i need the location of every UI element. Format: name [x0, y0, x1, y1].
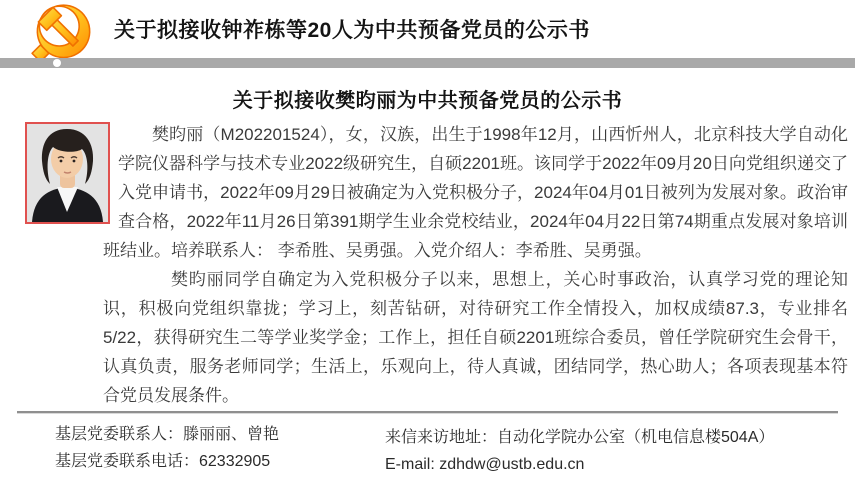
- footer-address-block: 来信来访地址：自动化学院办公室（机电信息楼504A） E-mail: zdhdw…: [385, 424, 774, 478]
- document-title: 关于拟接收樊昀丽为中共预备党员的公示书: [0, 84, 855, 113]
- footer-email: E-mail: zdhdw@ustb.edu.cn: [385, 451, 774, 478]
- paragraph-biography: 樊昀丽（M202201524），女，汉族，出生于1998年12月，山西忻州人，北…: [103, 120, 848, 265]
- header-bar: 关于拟接收钟祚栋等20人为中共预备党员的公示书: [0, 0, 855, 58]
- footer-contact-phone: 基层党委联系电话：62332905: [55, 448, 279, 475]
- applicant-photo: [25, 122, 110, 224]
- divider-dot: [53, 59, 61, 67]
- footer-address: 来信来访地址：自动化学院办公室（机电信息楼504A）: [385, 424, 774, 451]
- footer-contact-block: 基层党委联系人：滕丽丽、曾艳 基层党委联系电话：62332905: [55, 421, 279, 475]
- footer-divider-line: [17, 411, 838, 414]
- footer-contact-person: 基层党委联系人：滕丽丽、曾艳: [55, 421, 279, 448]
- paragraph-evaluation: 樊昀丽同学自确定为入党积极分子以来，思想上，关心时事政治，认真学习党的理论知识，…: [103, 265, 848, 410]
- header-title: 关于拟接收钟祚栋等20人为中共预备党员的公示书: [114, 0, 590, 58]
- document-body: 樊昀丽（M202201524），女，汉族，出生于1998年12月，山西忻州人，北…: [103, 120, 848, 410]
- header-divider-bar: [0, 58, 855, 68]
- party-emblem-icon: [30, 1, 97, 58]
